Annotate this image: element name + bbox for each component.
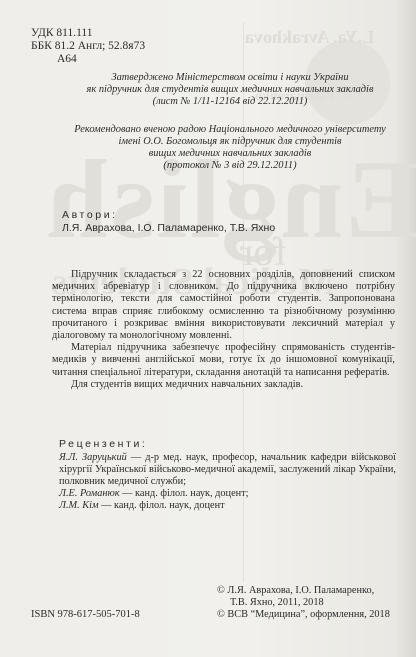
bleed-through-for: for (240, 228, 287, 275)
approval-line-1: Затверджено Міністерством освіти і науки… (60, 72, 400, 83)
approval-line-2: як підручник для студентів вищих медични… (60, 84, 400, 95)
reviewers-label: Рецензенти: (59, 438, 147, 450)
book-imprint-page: L.Ya. Avrakhova I.O. Palamarenko English… (0, 0, 416, 657)
annotation-paragraph-2: Матеріал підручника забезпечує професійн… (52, 342, 395, 379)
annotation-paragraph-1: Підручник складається з 22 основних розд… (52, 269, 395, 342)
reviewer-description: — канд. філол. наук, доцент (99, 500, 225, 511)
approval-line-3: (лист № 1/11-12164 від 22.12.2011) (60, 96, 400, 107)
annotation-paragraph-3: Для студентів вищих медичних навчальних … (52, 379, 395, 391)
reviewer-name: Я.Л. Заруцький (59, 452, 127, 463)
authors-label: Автори: (62, 209, 118, 221)
copyright-publisher: © ВСВ “Медицина”, оформлення, 2018 (217, 609, 390, 621)
recommendation-line-2: імені О.О. Богомольця як підручник для с… (60, 136, 400, 147)
author-mark: А64 (57, 53, 77, 65)
reviewer-item: Я.Л. Заруцький — д-р мед. наук, професор… (59, 452, 396, 488)
copyright-authors-line-1: © Л.Я. Аврахова, І.О. Паламаренко, (217, 585, 374, 597)
reviewer-description: — канд. філол. наук, доцент; (120, 488, 249, 499)
reviewers-list: Я.Л. Заруцький — д-р мед. наук, професор… (59, 452, 396, 512)
reviewer-item: Л.Е. Романюк — канд. філол. наук, доцент… (59, 488, 396, 500)
recommendation-line-4: (протокол № 3 від 29.12.2011) (60, 160, 400, 171)
reviewer-name: Л.Е. Романюк (59, 488, 120, 499)
udk-code: УДК 811.111 (31, 27, 92, 39)
annotation: Підручник складається з 22 основних розд… (52, 269, 395, 391)
isbn: ISBN 978-617-505-701-8 (31, 609, 140, 620)
recommendation-line-1: Рекомендовано вченою радою Національного… (60, 124, 400, 135)
recommendation-line-3: вищих медичних навчальних закладів (60, 148, 400, 159)
copyright-authors-line-2: Т.В. Яхно, 2011, 2018 (230, 597, 324, 609)
reviewer-name: Л.М. Кім (59, 500, 99, 511)
bbk-code: ББК 81.2 Англ; 52.8я73 (31, 40, 145, 52)
reviewer-item: Л.М. Кім — канд. філол. наук, доцент (59, 500, 396, 512)
authors-names: Л.Я. Аврахова, І.О. Паламаренко, Т.В. Ях… (62, 222, 275, 234)
